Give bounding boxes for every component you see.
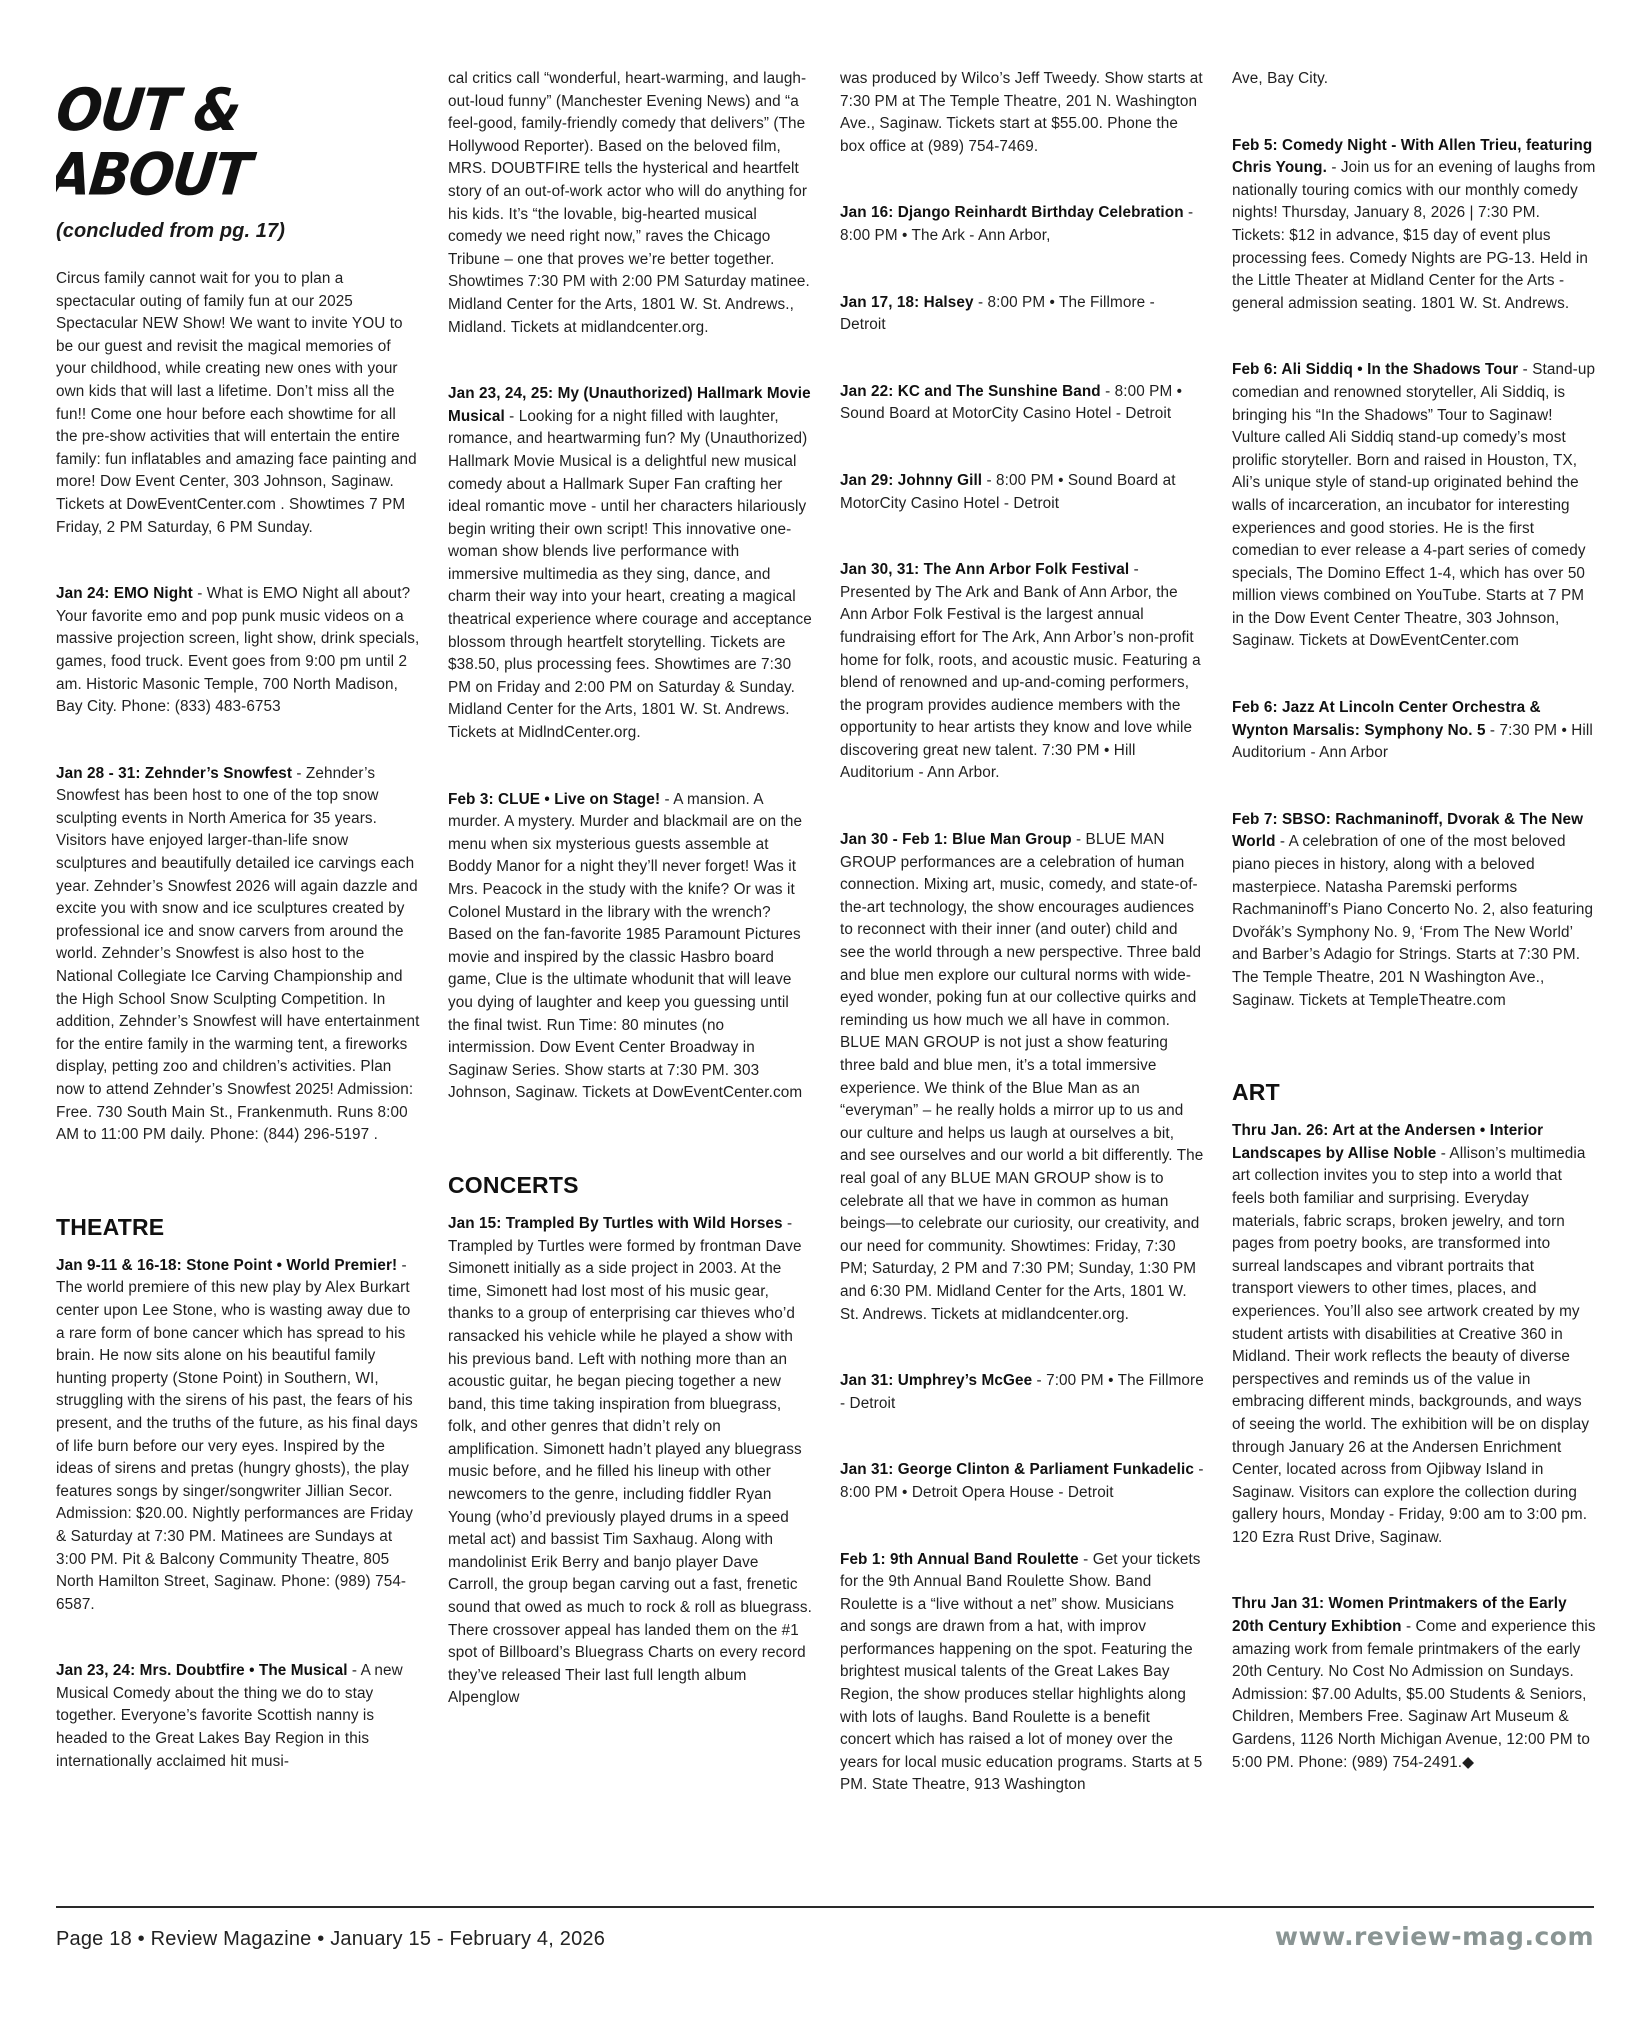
section-heading-art: ART	[1232, 1078, 1596, 1106]
column-3: was produced by Wilco’s Jeff Tweedy. Sho…	[840, 68, 1204, 1888]
event-entry: Jan 29: Johnny Gill - 8:00 PM • Sound Bo…	[840, 470, 1204, 515]
event-entry: Thru Jan. 26: Art at the Andersen • Inte…	[1232, 1120, 1596, 1549]
event-title: Feb 6: Ali Siddiq • In the Shadows Tour	[1232, 361, 1518, 378]
event-entry: Jan 30 - Feb 1: Blue Man Group - BLUE MA…	[840, 829, 1204, 1326]
event-title: Jan 15: Trampled By Turtles with Wild Ho…	[448, 1215, 783, 1232]
event-title: Jan 30 - Feb 1: Blue Man Group	[840, 831, 1072, 848]
event-entry: Feb 1: 9th Annual Band Roulette - Get yo…	[840, 1549, 1204, 1798]
event-entry: Feb 3: CLUE • Live on Stage! - A mansion…	[448, 789, 812, 1105]
circus-lead-paragraph: Circus family cannot wait for you to pla…	[56, 268, 420, 539]
footer-divider	[56, 1906, 1594, 1908]
event-body: - Get your tickets for the 9th Annual Ba…	[840, 1551, 1202, 1794]
event-entry: Feb 7: SBSO: Rachmaninoff, Dvorak & The …	[1232, 809, 1596, 1012]
event-entry: Feb 5: Comedy Night - With Allen Trieu, …	[1232, 135, 1596, 316]
article-columns: OUT & ABOUT (concluded from pg. 17) Circ…	[56, 68, 1594, 1888]
continuation-paragraph: Ave, Bay City.	[1232, 68, 1596, 91]
event-title: Jan 23, 24: Mrs. Doubtfire • The Musical	[56, 1662, 348, 1679]
masthead-title: OUT & ABOUT	[56, 78, 420, 208]
event-body: - The world premiere of this new play by…	[56, 1257, 418, 1613]
event-entry: Jan 23, 24: Mrs. Doubtfire • The Musical…	[56, 1660, 420, 1773]
event-entry: Jan 15: Trampled By Turtles with Wild Ho…	[448, 1213, 812, 1710]
entry-body: Ave, Bay City.	[1232, 70, 1328, 87]
website-url[interactable]: www.review-mag.com	[1275, 1922, 1594, 1952]
event-title: Feb 1: 9th Annual Band Roulette	[840, 1551, 1079, 1568]
event-body: - Looking for a night filled with laught…	[448, 408, 812, 741]
event-body: - Stand-up comedian and renowned storyte…	[1232, 361, 1595, 649]
event-title: Feb 3: CLUE • Live on Stage!	[448, 791, 660, 808]
event-title: Jan 31: George Clinton & Parliament Funk…	[840, 1461, 1194, 1478]
event-title: Jan 30, 31: The Ann Arbor Folk Festival	[840, 561, 1129, 578]
page-footer-info: Page 18 • Review Magazine • January 15 -…	[56, 1926, 605, 1952]
magazine-page: OUT & ABOUT (concluded from pg. 17) Circ…	[56, 68, 1594, 1888]
event-entry: Jan 31: George Clinton & Parliament Funk…	[840, 1459, 1204, 1504]
event-title: Jan 29: Johnny Gill	[840, 472, 982, 489]
event-entry: Feb 6: Jazz At Lincoln Center Orchestra …	[1232, 697, 1596, 765]
event-entry: Jan 24: EMO Night - What is EMO Night al…	[56, 583, 420, 719]
event-body: - What is EMO Night all about? Your favo…	[56, 585, 419, 715]
event-entry: Jan 9-11 & 16-18: Stone Point • World Pr…	[56, 1255, 420, 1617]
event-entry: Jan 16: Django Reinhardt Birthday Celebr…	[840, 202, 1204, 247]
column-1: OUT & ABOUT (concluded from pg. 17) Circ…	[56, 68, 420, 1888]
event-body: - Come and experience this amazing work …	[1232, 1618, 1596, 1771]
event-title: Jan 9-11 & 16-18: Stone Point • World Pr…	[56, 1257, 397, 1274]
event-body: - A mansion. A murder. A mystery. Murder…	[448, 791, 802, 1102]
column-2: cal critics call “wonderful, heart-warmi…	[448, 68, 812, 1888]
section-heading-concerts: CONCERTS	[448, 1171, 812, 1199]
event-entry: Jan 17, 18: Halsey - 8:00 PM • The Fillm…	[840, 292, 1204, 337]
event-title: Jan 24: EMO Night	[56, 585, 193, 602]
section-heading-theatre: THEATRE	[56, 1213, 420, 1241]
event-body: - A celebration of one of the most belov…	[1232, 833, 1593, 1008]
event-body: - Zehnder’s Snowfest has been host to on…	[56, 765, 419, 1144]
continuation-paragraph: cal critics call “wonderful, heart-warmi…	[448, 68, 812, 339]
event-title: Jan 31: Umphrey’s McGee	[840, 1372, 1032, 1389]
event-title: Jan 22: KC and The Sunshine Band	[840, 383, 1101, 400]
entry-body: Circus family cannot wait for you to pla…	[56, 270, 417, 536]
event-title: Jan 17, 18: Halsey	[840, 294, 974, 311]
entry-body: was produced by Wilco’s Jeff Tweedy. Sho…	[840, 70, 1203, 155]
event-body: - Join us for an evening of laughs from …	[1232, 159, 1595, 312]
event-entry: Jan 28 - 31: Zehnder’s Snowfest - Zehnde…	[56, 763, 420, 1147]
event-title: Jan 16: Django Reinhardt Birthday Celebr…	[840, 204, 1184, 221]
continuation-paragraph: was produced by Wilco’s Jeff Tweedy. Sho…	[840, 68, 1204, 158]
event-entry: Jan 31: Umphrey’s McGee - 7:00 PM • The …	[840, 1370, 1204, 1415]
event-entry: Jan 23, 24, 25: My (Unauthorized) Hallma…	[448, 383, 812, 745]
event-body: - Allison’s multimedia art collection in…	[1232, 1145, 1589, 1546]
event-body: - Trampled by Turtles were formed by fro…	[448, 1215, 812, 1706]
event-entry: Jan 30, 31: The Ann Arbor Folk Festival …	[840, 559, 1204, 785]
event-body: - Presented by The Ark and Bank of Ann A…	[840, 561, 1201, 781]
concluded-note: (concluded from pg. 17)	[56, 218, 420, 244]
event-entry: Feb 6: Ali Siddiq • In the Shadows Tour …	[1232, 359, 1596, 653]
event-title: Jan 28 - 31: Zehnder’s Snowfest	[56, 765, 292, 782]
entry-body: cal critics call “wonderful, heart-warmi…	[448, 70, 810, 336]
column-4: Ave, Bay City. Feb 5: Comedy Night - Wit…	[1232, 68, 1596, 1888]
event-entry: Jan 22: KC and The Sunshine Band - 8:00 …	[840, 381, 1204, 426]
event-entry: Thru Jan 31: Women Printmakers of the Ea…	[1232, 1593, 1596, 1774]
event-body: - BLUE MAN GROUP performances are a cele…	[840, 831, 1203, 1322]
